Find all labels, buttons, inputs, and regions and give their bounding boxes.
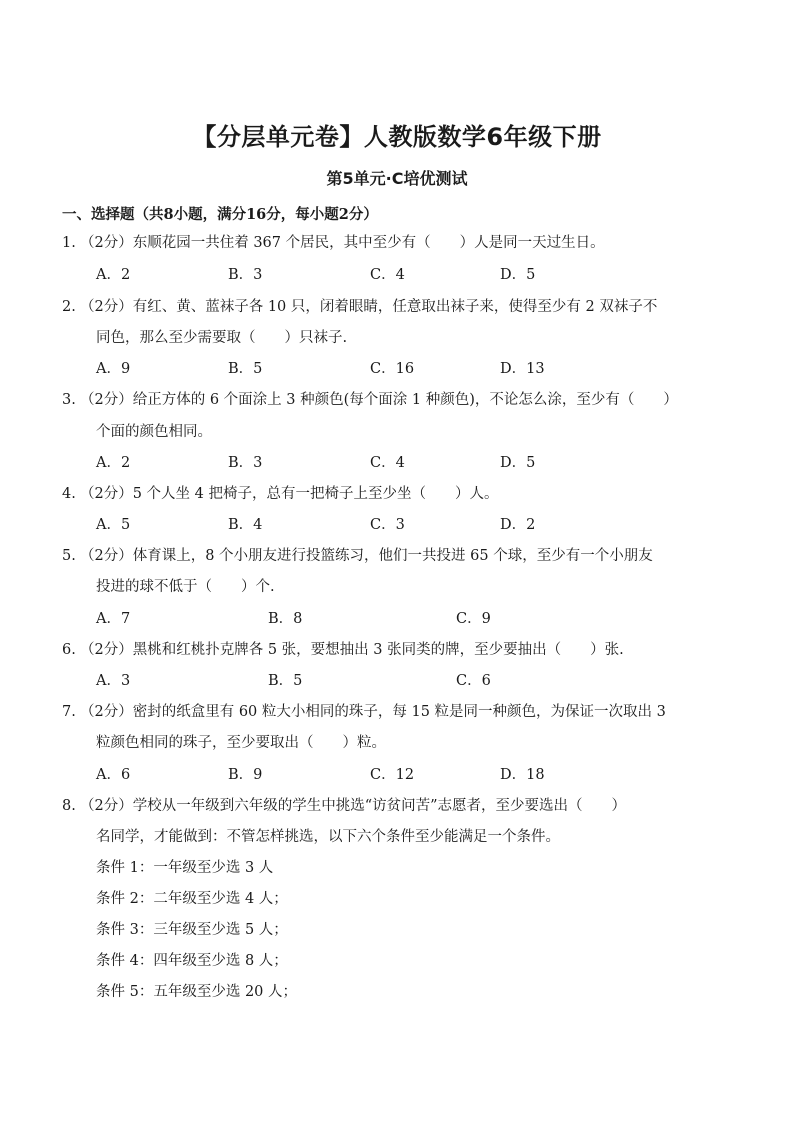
question-text-cont: 投进的球不低于（ ）个. (96, 577, 275, 597)
question-number: 8. (62, 796, 76, 816)
option-b: B．9 (228, 765, 262, 785)
condition-3: 条件 3：三年级至少选 5 人； (96, 920, 288, 940)
question-text-cont: 个面的颜色相同。 (96, 422, 212, 442)
option-b: B．3 (228, 453, 262, 473)
option-d: D．13 (500, 359, 545, 379)
option-b: B．4 (228, 515, 262, 535)
option-a: A．5 (96, 515, 130, 535)
option-c: C．6 (456, 671, 491, 691)
condition-4: 条件 4：四年级至少选 8 人； (96, 951, 288, 971)
question-number: 1. (62, 233, 76, 253)
question-number: 4. (62, 484, 76, 504)
option-d: D．18 (500, 765, 545, 785)
option-c: C．3 (370, 515, 405, 535)
option-d: D．2 (500, 515, 535, 535)
question-number: 2. (62, 297, 76, 317)
option-c: C．4 (370, 453, 405, 473)
page-title: 【分层单元卷】人教版数学6年级下册 (0, 117, 794, 152)
option-c: C．12 (370, 765, 414, 785)
condition-5: 条件 5：五年级至少选 20 人； (96, 982, 297, 1002)
option-b: B．3 (228, 265, 262, 285)
condition-2: 条件 2：二年级至少选 4 人； (96, 889, 288, 909)
question-text: （2分）体育课上，8 个小朋友进行投篮练习，他们一共投进 65 个球，至少有一个… (80, 546, 653, 566)
page-subtitle: 第5单元·C培优测试 (0, 166, 794, 189)
option-b: B．5 (228, 359, 262, 379)
condition-1: 条件 1：一年级至少选 3 人 (96, 858, 273, 878)
question-text: （2分）黑桃和红桃扑克牌各 5 张，要想抽出 3 张同类的牌，至少要抽出（ ）张… (80, 640, 624, 660)
question-text-cont: 粒颜色相同的珠子，至少要取出（ ）粒。 (96, 733, 386, 753)
option-a: A．7 (96, 609, 130, 629)
option-a: A．9 (96, 359, 130, 379)
question-number: 5. (62, 546, 76, 566)
option-c: C．9 (456, 609, 491, 629)
option-b: B．8 (268, 609, 302, 629)
option-d: D．5 (500, 453, 535, 473)
option-c: C．4 (370, 265, 405, 285)
option-a: A．3 (96, 671, 130, 691)
option-a: A．2 (96, 265, 130, 285)
question-text: （2分）东顺花园一共住着 367 个居民，其中至少有（ ）人是同一天过生日。 (80, 233, 605, 253)
question-text: （2分）学校从一年级到六年级的学生中挑选“访贫问苦”志愿者，至少要选出（ ） (80, 796, 626, 816)
section-heading: 一、选择题（共8小题，满分16分，每小题2分） (62, 203, 378, 224)
question-text-cont: 同色，那么至少需要取（ ）只袜子. (96, 328, 347, 348)
option-a: A．6 (96, 765, 130, 785)
question-text-cont: 名同学，才能做到：不管怎样挑选，以下六个条件至少能满足一个条件。 (96, 827, 560, 847)
document-page: 【分层单元卷】人教版数学6年级下册 第5单元·C培优测试 一、选择题（共8小题，… (0, 0, 794, 1123)
option-d: D．5 (500, 265, 535, 285)
question-number: 7. (62, 702, 76, 722)
question-text: （2分）有红、黄、蓝袜子各 10 只，闭着眼睛，任意取出袜子来，使得至少有 2 … (80, 297, 657, 317)
option-a: A．2 (96, 453, 130, 473)
option-c: C．16 (370, 359, 414, 379)
option-b: B．5 (268, 671, 302, 691)
question-number: 6. (62, 640, 76, 660)
question-text: （2分）密封的纸盒里有 60 粒大小相同的珠子，每 15 粒是同一种颜色，为保证… (80, 702, 666, 722)
question-text: （2分）给正方体的 6 个面涂上 3 种颜色(每个面涂 1 种颜色)，不论怎么涂… (80, 390, 678, 410)
question-text: （2分）5 个人坐 4 把椅子，总有一把椅子上至少坐（ ）人。 (80, 484, 499, 504)
question-number: 3. (62, 390, 76, 410)
